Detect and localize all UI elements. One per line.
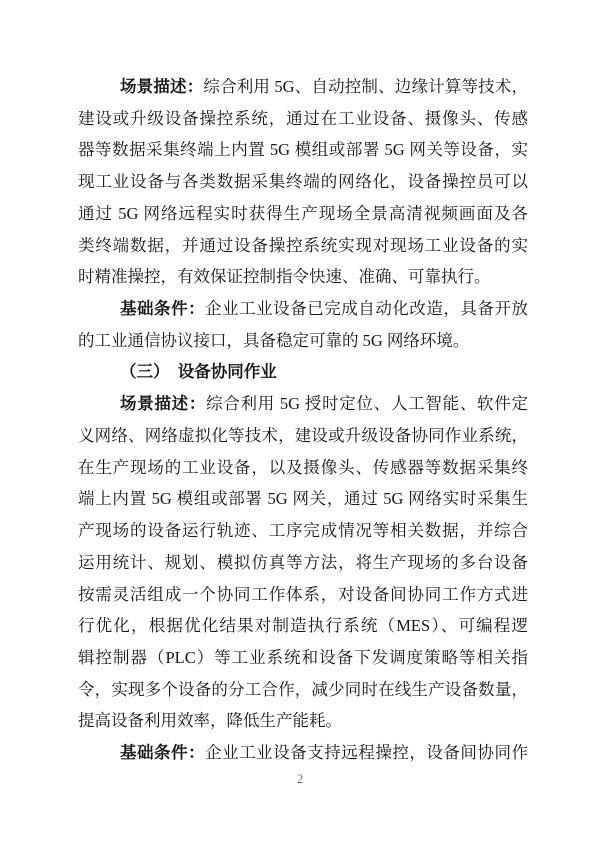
line-text: 运用统计、规划、模拟仿真等方法，将生产现场的多台设备 xyxy=(78,553,528,572)
document-line: 场景描述：综合利用 5G 授时定位、人工智能、软件定 xyxy=(78,388,528,420)
line-text: 类终端数据，并通过设备操控系统实现对现场工业设备的实 xyxy=(78,236,528,255)
document-line: 令，实现多个设备的分工合作，减少同时在线生产设备数量， xyxy=(78,674,528,706)
page-number: 2 xyxy=(0,771,600,787)
run-in-heading: 场景描述： xyxy=(120,77,203,96)
document-line: 产现场的设备运行轨迹、工序完成情况等相关数据，并综合 xyxy=(78,515,528,547)
document-line: 类终端数据，并通过设备操控系统实现对现场工业设备的实 xyxy=(78,230,528,262)
document-line: 现工业设备与各类数据采集终端的网络化，设备操控员可以 xyxy=(78,166,528,198)
document-line: 行优化，根据优化结果对制造执行系统（MES）、可编程逻 xyxy=(78,610,528,642)
document-line: 按需灵活组成一个协同工作体系，对设备间协同工作方式进 xyxy=(78,579,528,611)
document-page: 场景描述：综合利用 5G、自动控制、边缘计算等技术， 建设或升级设备操控系统，通… xyxy=(0,0,600,848)
document-line: 运用统计、规划、模拟仿真等方法，将生产现场的多台设备 xyxy=(78,547,528,579)
document-line: 器等数据采集终端上内置 5G 模组或部署 5G 网关等设备，实 xyxy=(78,134,528,166)
document-line: 建设或升级设备操控系统，通过在工业设备、摄像头、传感 xyxy=(78,103,528,135)
line-text: 建设或升级设备操控系统，通过在工业设备、摄像头、传感 xyxy=(78,109,528,128)
document-line: 的工业通信协议接口，具备稳定可靠的 5G 网络环境。 xyxy=(78,325,528,357)
line-text: 综合利用 5G 授时定位、人工智能、软件定 xyxy=(206,394,528,413)
line-text: 现工业设备与各类数据采集终端的网络化，设备操控员可以 xyxy=(78,172,528,191)
line-text: 通过 5G 网络远程实时获得生产现场全景高清视频画面及各 xyxy=(78,204,528,223)
line-text: 令，实现多个设备的分工合作，减少同时在线生产设备数量， xyxy=(78,680,528,699)
line-text: 的工业通信协议接口，具备稳定可靠的 5G 网络环境。 xyxy=(78,331,469,350)
line-text: 产现场的设备运行轨迹、工序完成情况等相关数据，并综合 xyxy=(78,521,528,540)
line-text: 综合利用 5G、自动控制、边缘计算等技术， xyxy=(203,77,528,96)
line-text: 行优化，根据优化结果对制造执行系统（MES）、可编程逻 xyxy=(78,616,528,635)
document-line: 辑控制器（PLC）等工业系统和设备下发调度策略等相关指 xyxy=(78,642,528,674)
run-in-heading: 场景描述： xyxy=(120,394,206,413)
line-text: 辑控制器（PLC）等工业系统和设备下发调度策略等相关指 xyxy=(78,648,528,667)
line-text: 端上内置 5G 模组或部署 5G 网关，通过 5G 网络实时采集生 xyxy=(78,489,528,508)
run-in-heading: 基础条件： xyxy=(120,743,205,762)
section-heading-text: （三） 设备协同作业 xyxy=(120,362,277,381)
document-line: 通过 5G 网络远程实时获得生产现场全景高清视频画面及各 xyxy=(78,198,528,230)
document-line: 基础条件：企业工业设备已完成自动化改造，具备开放 xyxy=(78,293,528,325)
document-body: 场景描述：综合利用 5G、自动控制、边缘计算等技术， 建设或升级设备操控系统，通… xyxy=(78,71,528,769)
document-line: 场景描述：综合利用 5G、自动控制、边缘计算等技术， xyxy=(78,71,528,103)
line-text: 按需灵活组成一个协同工作体系，对设备间协同工作方式进 xyxy=(78,585,528,604)
line-text: 时精准操控，有效保证控制指令快速、准确、可靠执行。 xyxy=(78,267,491,286)
document-line: 端上内置 5G 模组或部署 5G 网关，通过 5G 网络实时采集生 xyxy=(78,483,528,515)
line-text: 器等数据采集终端上内置 5G 模组或部署 5G 网关等设备，实 xyxy=(78,140,528,159)
line-text: 在生产现场的工业设备，以及摄像头、传感器等数据采集终 xyxy=(78,458,528,477)
line-text: 企业工业设备支持远程操控，设备间协同作 xyxy=(205,743,528,762)
document-line: 时精准操控，有效保证控制指令快速、准确、可靠执行。 xyxy=(78,261,528,293)
section-heading: （三） 设备协同作业 xyxy=(78,356,528,388)
document-line: 义网络、网络虚拟化等技术，建设或升级设备协同作业系统， xyxy=(78,420,528,452)
line-text: 企业工业设备已完成自动化改造，具备开放 xyxy=(205,299,528,318)
run-in-heading: 基础条件： xyxy=(120,299,205,318)
line-text: 提高设备利用效率，降低生产能耗。 xyxy=(78,711,342,730)
line-text: 义网络、网络虚拟化等技术，建设或升级设备协同作业系统， xyxy=(78,426,528,445)
document-line: 提高设备利用效率，降低生产能耗。 xyxy=(78,705,528,737)
document-line: 在生产现场的工业设备，以及摄像头、传感器等数据采集终 xyxy=(78,452,528,484)
document-line: 基础条件：企业工业设备支持远程操控，设备间协同作 xyxy=(78,737,528,769)
